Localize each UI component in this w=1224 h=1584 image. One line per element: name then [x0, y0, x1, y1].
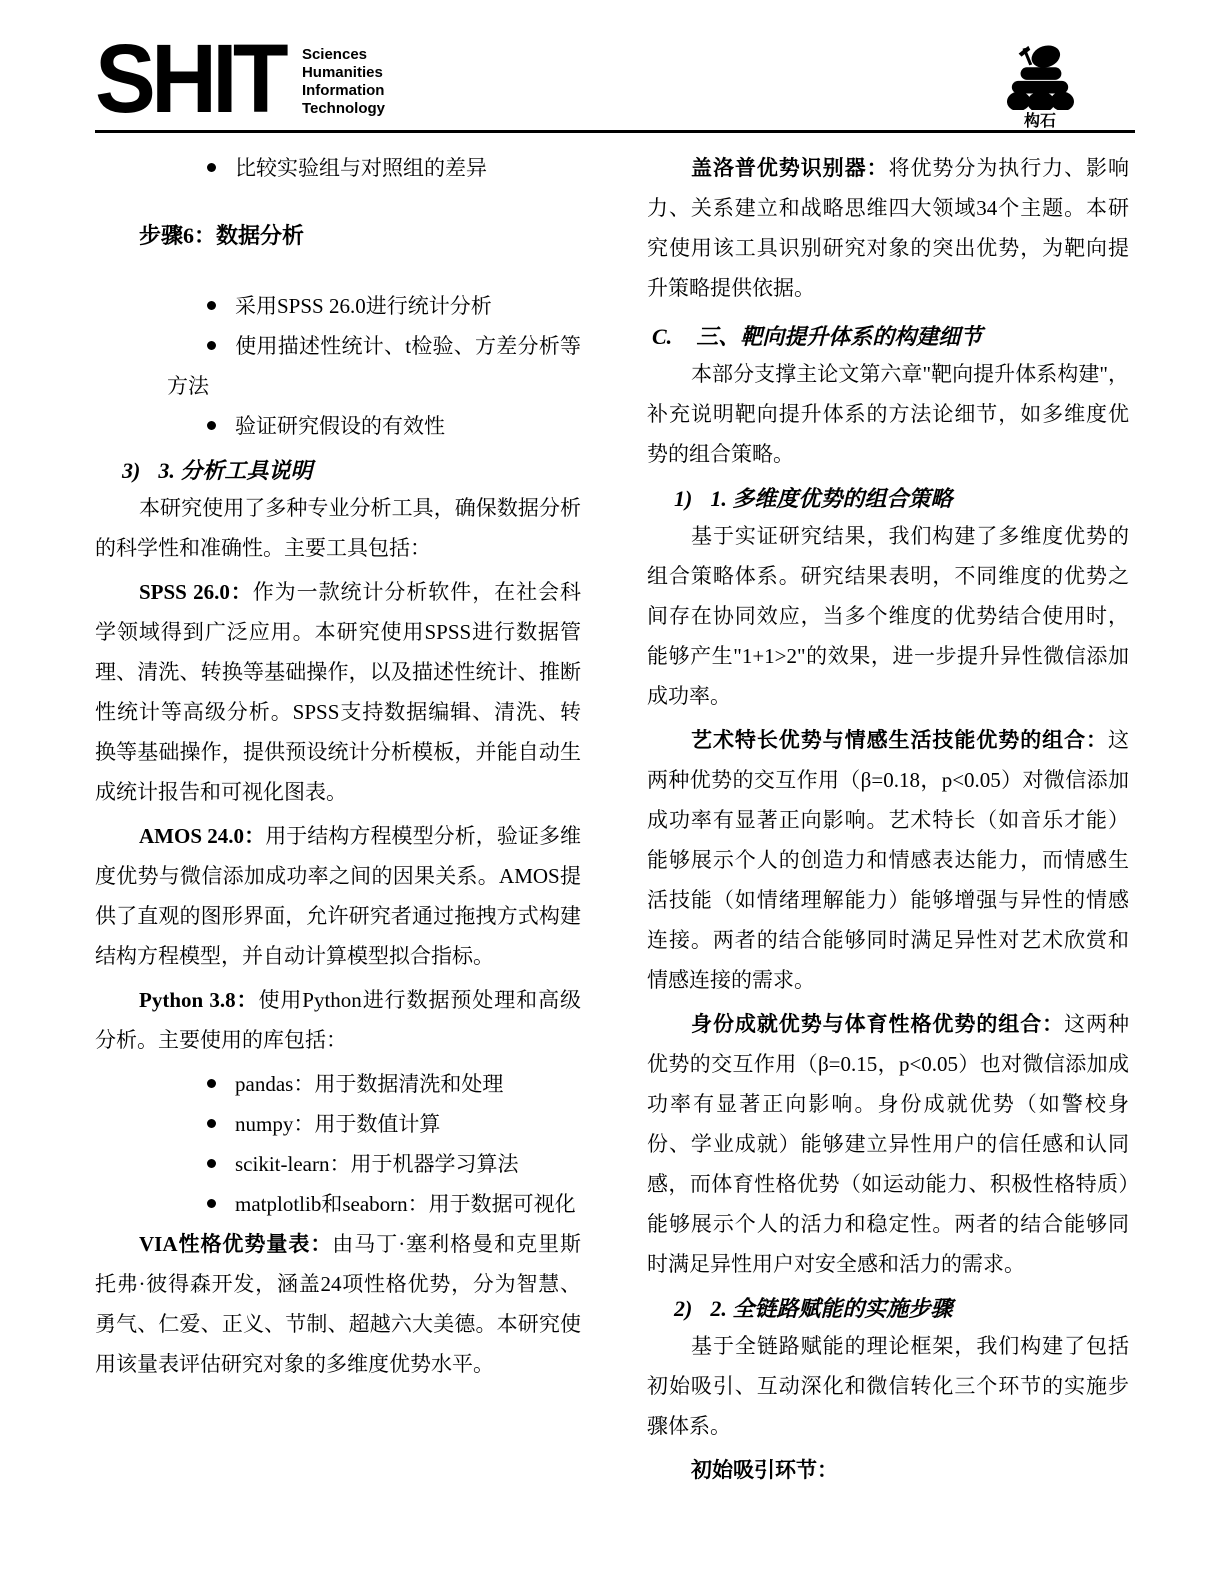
python-lead: Python 3.8：	[139, 988, 258, 1012]
journal-acronym: SHIT	[95, 30, 284, 127]
amos-lead: AMOS 24.0：	[139, 824, 265, 848]
left-column: 比较实验组与对照组的差异 步骤6：数据分析 采用SPSS 26.0进行统计分析 …	[95, 148, 581, 1494]
header-divider	[95, 130, 1135, 133]
full-chain-intro-paragraph: 基于全链路赋能的理论框架，我们构建了包括初始吸引、互动深化和微信转化三个环节的实…	[647, 1326, 1129, 1446]
python-library-list: pandas：用于数据清洗和处理 numpy：用于数值计算 scikit-lea…	[95, 1064, 581, 1224]
list-item-text: 验证研究假设的有效性	[235, 414, 445, 438]
spss-paragraph: SPSS 26.0：作为一款统计分析软件，在社会科学领域得到广泛应用。本研究使用…	[95, 572, 581, 812]
bullet-icon	[207, 1119, 216, 1128]
publisher-logo: 构石	[998, 42, 1082, 130]
subsection-title: 1. 多维度优势的组合策略	[710, 486, 952, 511]
list-item: 验证研究假设的有效性	[95, 406, 581, 446]
tools-intro-paragraph: 本研究使用了多种专业分析工具，确保数据分析的科学性和准确性。主要工具包括：	[95, 488, 581, 568]
subsection-heading-full-chain: 2)2. 全链路赋能的实施步骤	[647, 1292, 1129, 1326]
sectionC-intro-paragraph: 本部分支撑主论文第六章"靶向提升体系构建"，补充说明靶向提升体系的方法论细节，如…	[647, 354, 1129, 474]
list-item: pandas：用于数据清洗和处理	[95, 1064, 581, 1104]
via-paragraph: VIA性格优势量表：由马丁·塞利格曼和克里斯托弗·彼得森开发，涵盖24项性格优势…	[95, 1224, 581, 1384]
list-item-text: numpy：用于数值计算	[235, 1112, 440, 1136]
two-column-body: 比较实验组与对照组的差异 步骤6：数据分析 采用SPSS 26.0进行统计分析 …	[95, 148, 1129, 1494]
comparison-bullet-list: 比较实验组与对照组的差异	[95, 148, 581, 188]
subsection-heading-combination-strategy: 1)1. 多维度优势的组合策略	[647, 482, 1129, 516]
combination-intro-paragraph: 基于实证研究结果，我们构建了多维度优势的组合策略体系。研究结果表明，不同维度的优…	[647, 516, 1129, 716]
list-item-text: 比较实验组与对照组的差异	[235, 156, 487, 180]
list-item: matplotlib和seaborn：用于数据可视化	[95, 1184, 581, 1224]
combo1-lead: 艺术特长优势与情感生活技能优势的组合：	[691, 728, 1108, 752]
section-letter: C.	[652, 324, 672, 349]
list-item: 采用SPSS 26.0进行统计分析	[95, 286, 581, 326]
list-item: 比较实验组与对照组的差异	[95, 148, 581, 188]
journal-logo: SHIT Sciences Humanities Information Tec…	[95, 30, 385, 127]
rock-cairn-icon	[998, 42, 1082, 110]
bullet-icon	[207, 1199, 216, 1208]
subsection-number: 2)	[674, 1296, 692, 1321]
journal-word: Sciences	[302, 46, 385, 64]
list-item: numpy：用于数值计算	[95, 1104, 581, 1144]
step6-bullet-list: 采用SPSS 26.0进行统计分析 使用描述性统计、t检验、方差分析等方法 验证…	[95, 286, 581, 446]
initial-attraction-paragraph: 初始吸引环节：	[647, 1450, 1129, 1490]
combo1-text: 这两种优势的交互作用（β=0.18，p<0.05）对微信添加成功率有显著正向影响…	[647, 728, 1129, 992]
list-item-text: scikit-learn：用于机器学习算法	[235, 1152, 518, 1176]
bullet-icon	[207, 301, 216, 310]
spss-text: 作为一款统计分析软件，在社会科学领域得到广泛应用。本研究使用SPSS进行数据管理…	[95, 580, 581, 804]
list-item: 使用描述性统计、t检验、方差分析等方法	[95, 326, 581, 406]
bullet-icon	[207, 1159, 216, 1168]
list-item-text: pandas：用于数据清洗和处理	[235, 1072, 503, 1096]
subsection-number: 1)	[674, 486, 692, 511]
combo2-paragraph: 身份成就优势与体育性格优势的组合：这两种优势的交互作用（β=0.15，p<0.0…	[647, 1004, 1129, 1284]
initial-attraction-lead: 初始吸引环节：	[691, 1458, 838, 1482]
spss-lead: SPSS 26.0：	[139, 580, 253, 604]
journal-name-words: Sciences Humanities Information Technolo…	[302, 30, 385, 118]
bullet-icon	[207, 341, 216, 350]
section-number: 3)	[122, 458, 140, 483]
journal-word: Information	[302, 82, 385, 100]
bullet-icon	[207, 1079, 216, 1088]
publisher-label: 构石	[998, 113, 1082, 130]
list-item-text: 使用描述性统计、t检验、方差分析等方法	[167, 334, 581, 398]
gallup-paragraph: 盖洛普优势识别器：将优势分为执行力、影响力、关系建立和战略思维四大领域34个主题…	[647, 148, 1129, 308]
list-item: scikit-learn：用于机器学习算法	[95, 1144, 581, 1184]
journal-word: Humanities	[302, 64, 385, 82]
journal-word: Technology	[302, 100, 385, 118]
combo2-text: 这两种优势的交互作用（β=0.15，p<0.05）也对微信添加成功率有显著正向影…	[647, 1012, 1129, 1276]
list-item-text: 采用SPSS 26.0进行统计分析	[235, 294, 492, 318]
python-paragraph: Python 3.8：使用Python进行数据预处理和高级分析。主要使用的库包括…	[95, 980, 581, 1060]
section-title: 3. 分析工具说明	[158, 458, 312, 483]
combo2-lead: 身份成就优势与体育性格优势的组合：	[691, 1012, 1064, 1036]
section-heading-analysis-tools: 3)3. 分析工具说明	[95, 454, 581, 488]
bullet-icon	[207, 421, 216, 430]
section-title: 三、靶向提升体系的构建细节	[696, 324, 982, 349]
bullet-icon	[207, 163, 216, 172]
step6-heading: 步骤6：数据分析	[95, 216, 581, 256]
combo1-paragraph: 艺术特长优势与情感生活技能优势的组合：这两种优势的交互作用（β=0.18，p<0…	[647, 720, 1129, 1000]
section-heading-targeted-system: C.三、靶向提升体系的构建细节	[647, 320, 1129, 354]
gallup-lead: 盖洛普优势识别器：	[691, 156, 889, 180]
amos-paragraph: AMOS 24.0：用于结构方程模型分析，验证多维度优势与微信添加成功率之间的因…	[95, 816, 581, 976]
paper-page: SHIT Sciences Humanities Information Tec…	[0, 0, 1224, 1584]
subsection-title: 2. 全链路赋能的实施步骤	[710, 1296, 952, 1321]
list-item-text: matplotlib和seaborn：用于数据可视化	[235, 1192, 576, 1216]
via-lead: VIA性格优势量表：	[139, 1232, 332, 1256]
right-column: 盖洛普优势识别器：将优势分为执行力、影响力、关系建立和战略思维四大领域34个主题…	[647, 148, 1129, 1494]
